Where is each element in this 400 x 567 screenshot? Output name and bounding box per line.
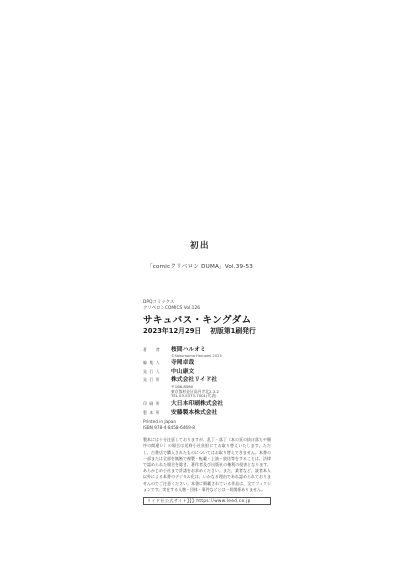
edition-label: 初版第1刷発行 xyxy=(210,327,256,336)
credit-name: 大日本印刷株式会社 xyxy=(171,400,223,409)
first-publication-heading: 初出 xyxy=(0,241,400,252)
isbn: ISBN 978-4-8458-6469-8 xyxy=(143,425,269,430)
publisher-phone: TEL 03-5373-7001(代表) xyxy=(171,394,269,399)
colophon: DPQコミックス クリベロンCOMICS Vol.126 サキュバス・キングダム… xyxy=(143,300,269,505)
publication-date: 2023年12月29日 xyxy=(143,327,201,336)
credit-row-publisher-person: 発行人 中山康文 xyxy=(143,368,269,377)
credit-role: 印刷所 xyxy=(143,400,171,409)
credit-role: 製本所 xyxy=(143,409,171,418)
credit-role: 発行所 xyxy=(143,376,171,385)
publisher-address-block: 〒166-8560 東京都杉並区高円寺北2-3-2 TEL 03-5373-70… xyxy=(171,385,269,399)
official-site-link[interactable]: リイド社公式サイト】】】https://www.leed.co.jp xyxy=(143,497,271,505)
first-publication-section: 初出 「comicクリベロン DUMA」Vol.39-53 xyxy=(0,241,400,271)
credit-row-publisher-company: 発行所 株式会社リイド社 xyxy=(143,376,269,385)
credit-row-printer: 印刷所 大日本印刷株式会社 xyxy=(143,400,269,409)
credit-role: 著 者 xyxy=(143,346,171,355)
publication-date-line: 2023年12月29日 初版第1刷発行 xyxy=(143,327,269,336)
credit-name: 安藤製本株式会社 xyxy=(171,409,217,418)
credit-name: 中山康文 xyxy=(171,368,194,377)
book-title: サキュバス・キングダム xyxy=(143,315,269,327)
credits-list: 著 者 桜間ハルオミ ©Sakuraoma Haruomi 2023 編集人 寺… xyxy=(143,346,269,417)
credit-role: 発行人 xyxy=(143,368,171,377)
legal-notice: 製本には十分注意しておりますが、乱丁・落丁（本の頁の抜け落ちや順序の間違い）の場… xyxy=(143,437,271,493)
credit-role: 編集人 xyxy=(143,359,171,368)
first-publication-source: 「comicクリベロン DUMA」Vol.39-53 xyxy=(0,263,400,271)
series-sublabel: クリベロンCOMICS Vol.126 xyxy=(143,306,269,312)
credit-name: 寺岡卓哉 xyxy=(171,359,194,368)
credit-row-binder: 製本所 安藤製本株式会社 xyxy=(143,409,269,418)
credit-row-editor: 編集人 寺岡卓哉 xyxy=(143,359,269,368)
